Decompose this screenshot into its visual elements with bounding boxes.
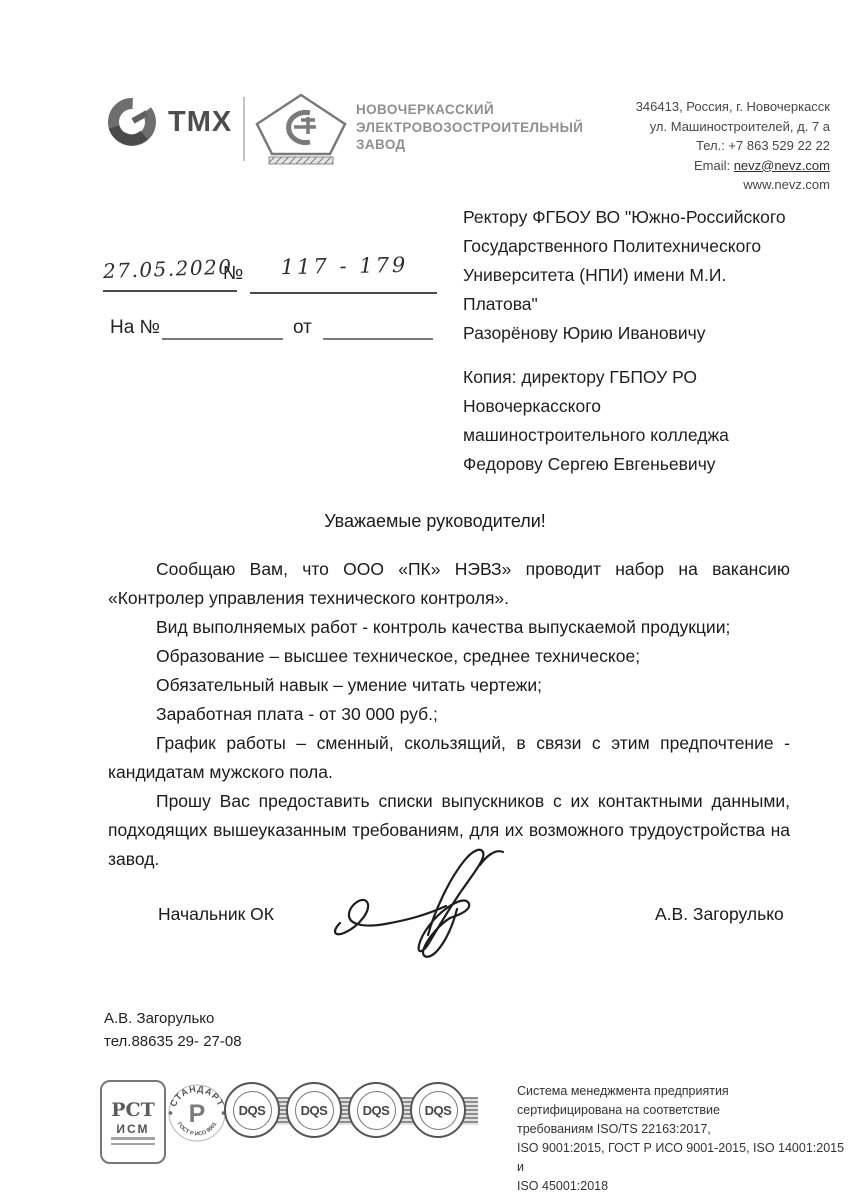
reply-date-blank: [323, 338, 433, 340]
certification-line: требованиям ISO/TS 22163:2017,: [517, 1120, 849, 1139]
copy-recipient-block: Копия: директору ГБПОУ РО Новочеркасског…: [463, 363, 843, 479]
dqs-cert-badge: DQS: [410, 1082, 466, 1138]
reply-to-label: На №: [110, 317, 160, 339]
dqs-logo-text: DQS: [357, 1091, 396, 1130]
company-website: www.nevz.com: [636, 175, 830, 195]
company-email: nevz@nevz.com: [734, 158, 830, 173]
reply-from-label: от: [293, 317, 312, 339]
tmx-wordmark: ТМХ: [168, 106, 232, 139]
paragraph-work-type: Вид выполняемых работ - контроль качеств…: [108, 613, 790, 642]
ism-label: ИСМ: [116, 1122, 149, 1136]
tmx-ring-icon: [106, 96, 158, 148]
scanned-letter-page: ТМХ НОВОЧЕРКАССКИЙ ЭЛЕКТРОВОЗОСТРОИТЕЛЬН…: [0, 0, 849, 1200]
email-label: Email:: [694, 158, 734, 173]
certification-line: ISO 45001:2018: [517, 1177, 849, 1196]
paragraph-schedule: График работы – сменный, скользящий, в с…: [108, 729, 790, 787]
dqs-cert-badge: DQS: [224, 1082, 280, 1138]
rostest-badge: РСТ ИСМ: [100, 1080, 166, 1164]
handwritten-outgoing-number: 117 - 179: [252, 252, 437, 279]
paragraph-vacancy: Сообщаю Вам, что ООО «ПК» НЭВЗ» проводит…: [108, 555, 790, 613]
signer-name: А.В. Загорулько: [655, 904, 784, 925]
recipient-line: Платова": [463, 290, 843, 319]
tmx-logo: ТМХ: [106, 96, 232, 148]
recipient-block: Ректору ФГБОУ ВО "Южно-Российского Госуд…: [463, 203, 843, 479]
executor-name: А.В. Загорулько: [104, 1007, 242, 1030]
company-name: НОВОЧЕРКАССКИЙ ЭЛЕКТРОВОЗОСТРОИТЕЛЬНЫЙ З…: [356, 101, 583, 154]
header-divider: [243, 97, 245, 161]
certification-statement: Система менеджмента предприятия сертифиц…: [517, 1082, 849, 1196]
handwritten-signature: [330, 843, 515, 968]
dqs-cert-badge: DQS: [348, 1082, 404, 1138]
company-name-line: ЭЛЕКТРОВОЗОСТРОИТЕЛЬНЫЙ: [356, 119, 583, 137]
dqs-cert-badge: DQS: [286, 1082, 342, 1138]
copy-line: Копия: директору ГБПОУ РО: [463, 363, 843, 392]
badge-fine-print-bar: [111, 1137, 155, 1140]
dqs-logo-text: DQS: [419, 1091, 458, 1130]
number-underline: [250, 292, 437, 294]
copy-line: машиностроительного колледжа: [463, 421, 843, 450]
paragraph-salary: Заработная плата - от 30 000 руб.;: [108, 700, 790, 729]
company-name-line: ЗАВОД: [356, 136, 583, 154]
recipient-name: Разорёнову Юрию Ивановичу: [463, 319, 843, 348]
company-email-line: Email: nevz@nevz.com: [636, 156, 830, 176]
badge-fine-print-bar: [111, 1143, 155, 1146]
certification-line: Система менеджмента предприятия: [517, 1082, 849, 1101]
company-contact-block: 346413, Россия, г. Новочеркасск ул. Маши…: [636, 97, 830, 195]
company-name-line: НОВОЧЕРКАССКИЙ: [356, 101, 583, 119]
number-sign-label: №: [223, 263, 243, 285]
executor-phone: тел.88635 29- 27-08: [104, 1030, 242, 1053]
recipient-line: Университета (НПИ) имени М.И.: [463, 261, 843, 290]
handwritten-date: 27.05.2020: [103, 255, 224, 283]
certification-line: сертифицирована на соответствие: [517, 1101, 849, 1120]
salutation: Уважаемые руководители!: [30, 511, 840, 532]
recipient-line: Государственного Политехнического: [463, 232, 843, 261]
executor-contact: А.В. Загорулько тел.88635 29- 27-08: [104, 1007, 242, 1053]
paragraph-education: Образование – высшее техническое, средне…: [108, 642, 790, 671]
dqs-logo-text: DQS: [295, 1091, 334, 1130]
certification-line: ISO 9001:2015, ГОСТ Р ИСО 9001-2015, ISO…: [517, 1139, 849, 1177]
copy-recipient-name: Федорову Сергею Евгеньевичу: [463, 450, 843, 479]
nevz-pentagon-icon: [254, 92, 348, 175]
recipient-line: Ректору ФГБОУ ВО "Южно-Российского: [463, 203, 843, 232]
paragraph-skill: Обязательный навык – умение читать черте…: [108, 671, 790, 700]
company-address-line1: 346413, Россия, г. Новочеркасск: [636, 97, 830, 117]
company-phone: Тел.: +7 863 529 22 22: [636, 136, 830, 156]
signer-position: Начальник ОК: [158, 904, 274, 925]
copy-line: Новочеркасского: [463, 392, 843, 421]
date-underline: [103, 290, 237, 292]
company-address-line2: ул. Машиностроителей, д. 7 а: [636, 117, 830, 137]
rostest-logo-text: РСТ: [111, 1099, 155, 1121]
letter-body: Сообщаю Вам, что ООО «ПК» НЭВЗ» проводит…: [108, 555, 790, 874]
dqs-logo-text: DQS: [233, 1091, 272, 1130]
reply-number-blank: [162, 338, 283, 340]
standard-center-letter: Р: [189, 1100, 206, 1128]
standard-gost-badge: СТАНДАРТ ГОСТ Р ИСО 9001 Р: [166, 1079, 228, 1150]
